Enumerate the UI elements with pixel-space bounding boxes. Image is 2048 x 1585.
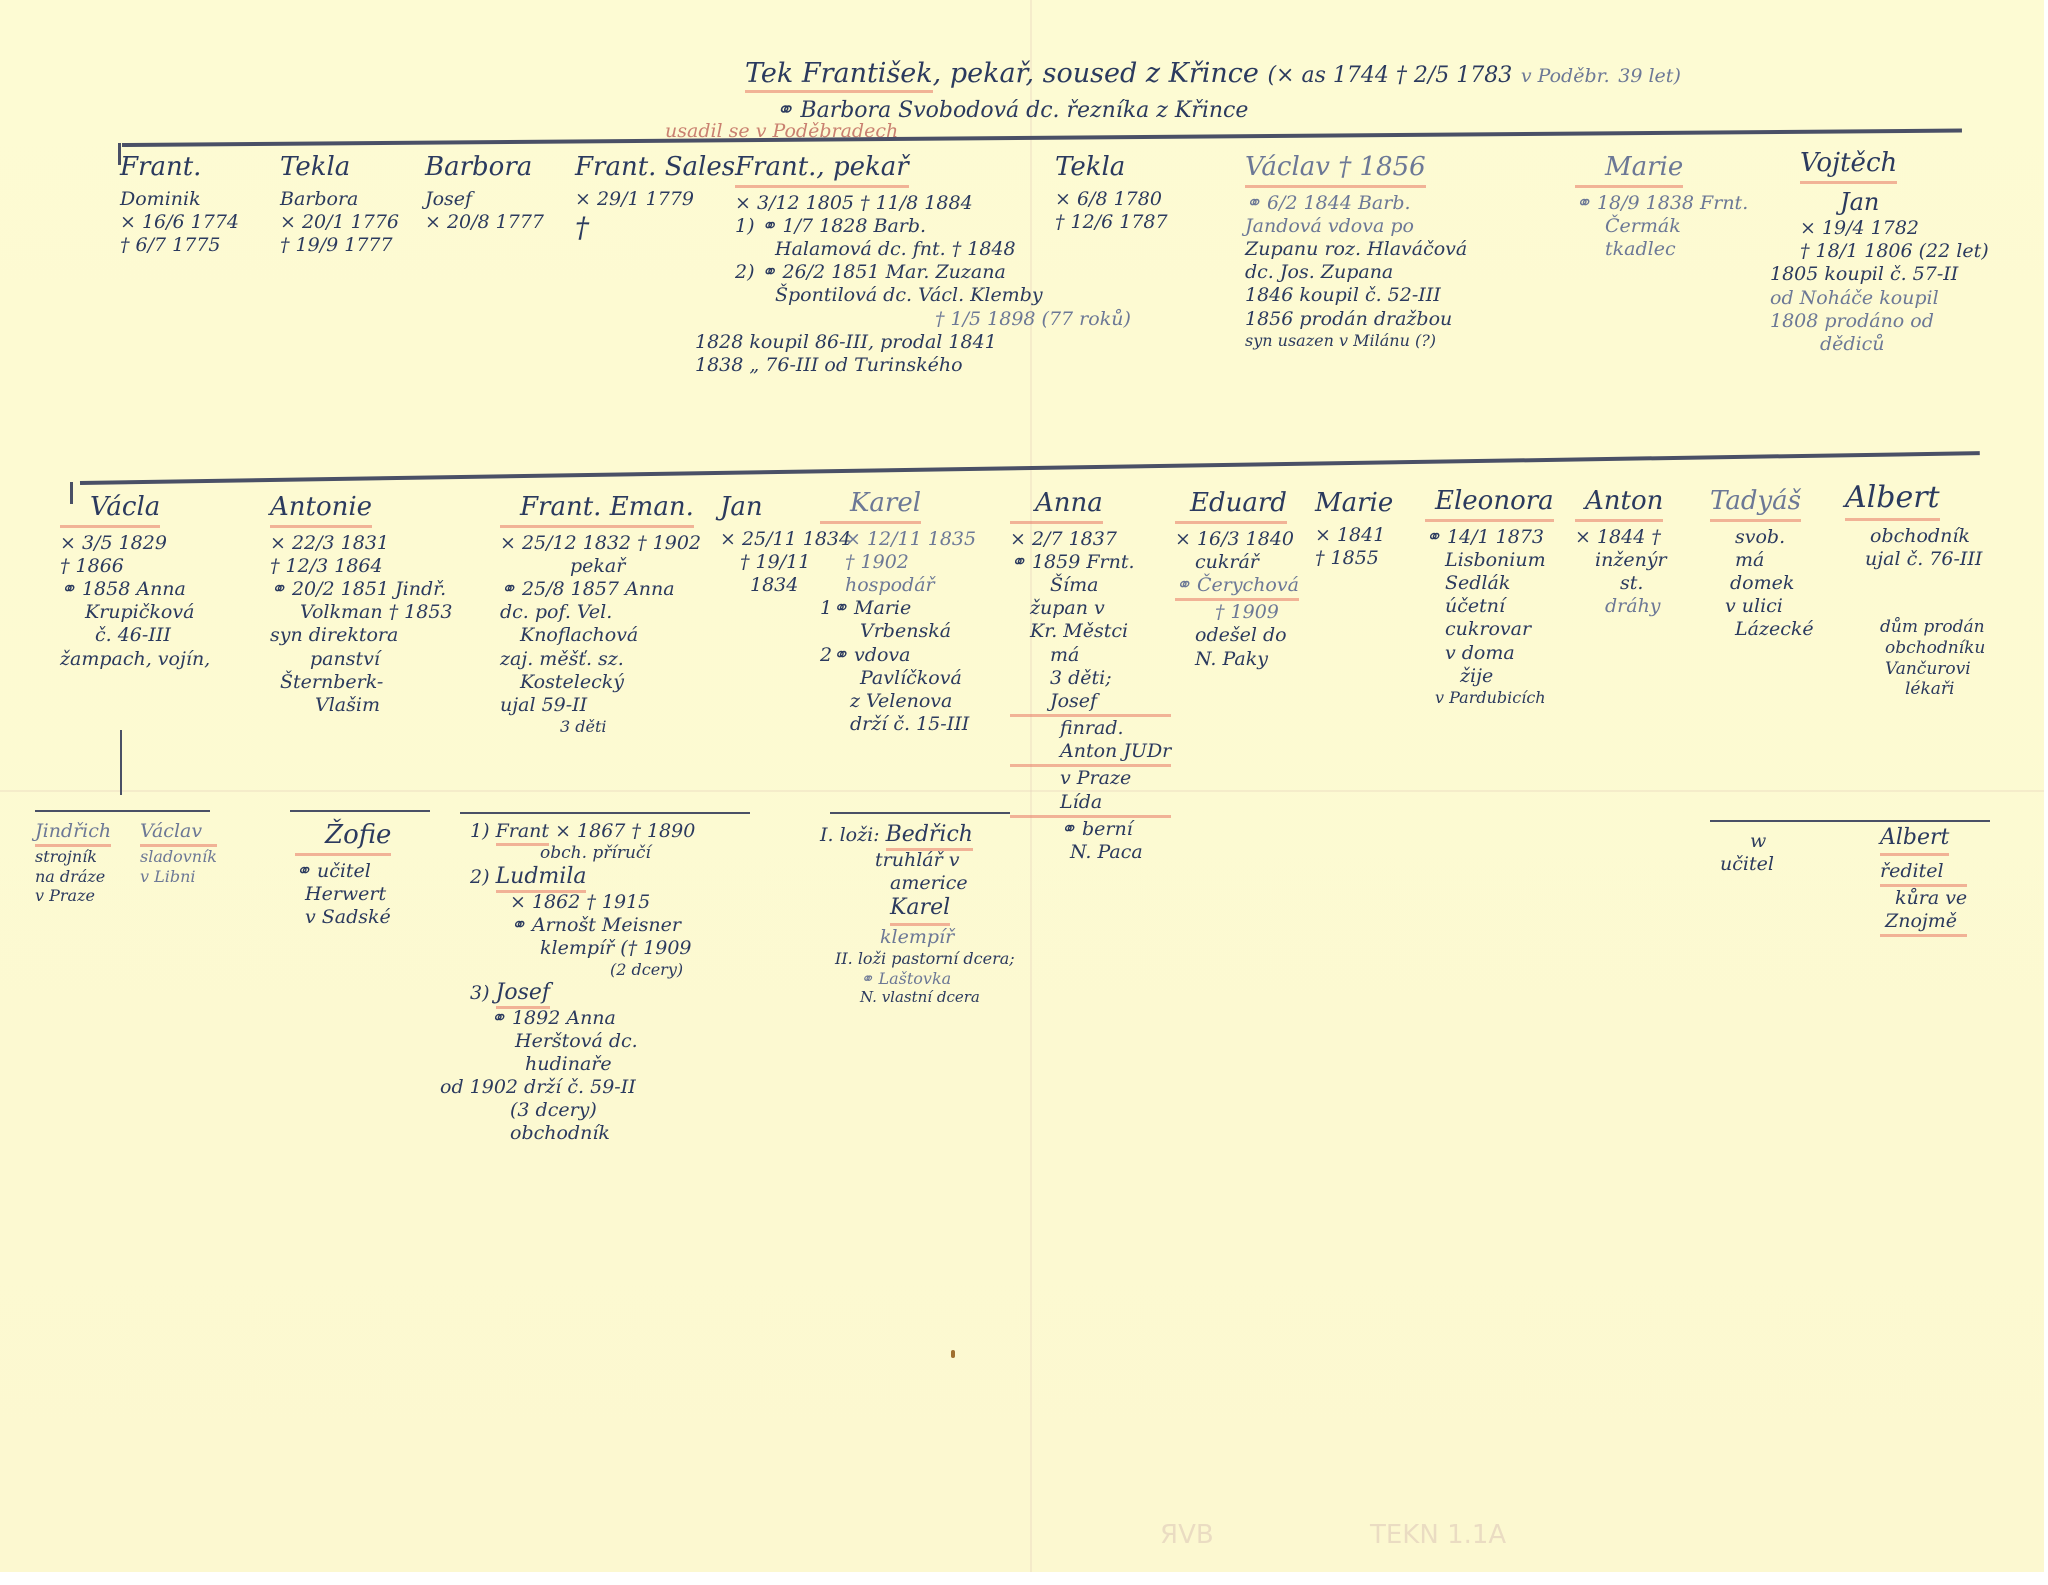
progenitor-place: v Poděbr. [1521,65,1610,87]
vaclav-descent-line [120,730,122,795]
gen3-albert-child-2: Albert ředitel kůra ve Znojmě [1880,825,1967,937]
gen2-person-2: Antonie × 22/3 1831 † 12/3 1864 ⚭ 20/2 1… [270,492,453,717]
paper-stain [951,1350,955,1358]
child-1: 1) Frant × 1867 † 1890 [470,820,695,843]
gen1-person-6: Tekla × 6/8 1780 † 12/6 1787 [1055,152,1168,234]
progenitor-age: 39 let) [1618,65,1681,87]
albert-children-connector [1710,820,1990,822]
gen1-person-9: Vojtěch Jan × 19/4 1782 † 18/1 1806 (22 … [1800,148,1989,356]
child-3: 3) Josef [470,980,695,1007]
gen2-person-1: Václa × 3/5 1829 † 1866 ⚭ 1858 Anna Krup… [60,492,210,671]
gen1-person-1: Frant. Dominik × 16/6 1774 † 6/7 1775 [120,152,239,257]
gen2-person-12: Albert obchodník ujal č. 76-III dům prod… [1845,480,1985,700]
gen2-person-11: Tadyáš svob. má domek v ulici Lázecké [1710,486,1814,642]
child-2: 2) Ludmila [470,864,695,891]
gen1-person-3: Barbora Josef × 20/8 1777 [425,152,544,234]
frant-eman-children-connector [460,812,750,814]
gen3-frant-eman-children: 1) Frant × 1867 † 1890 obch. příručí 2) … [470,820,695,1146]
progenitor-dates: (× as 1744 † 2/5 1783 [1267,63,1512,88]
bleed-through-mark-1: ЯVB [1160,1520,1214,1550]
karel-children-connector [830,812,1010,814]
vaclav-children-connector [35,810,210,812]
gen2-person-3: Frant. Eman. × 25/12 1832 † 1902 pekař ⚭… [500,492,701,737]
bleed-through-mark-2: TEKN 1.1A [1370,1520,1506,1550]
progenitor-name: Tek František [745,58,933,93]
gen1-person-4: Frant. Sales × 29/1 1779 † [575,152,735,245]
gen2-person-5: Karel × 12/11 1835 † 1902 hospodář 1⚭ Ma… [820,488,976,736]
gen2-person-10: Anton × 1844 † inženýr st. dráhy [1575,486,1667,618]
gen3-antonie-child-1: Žofie ⚭ učitel Herwert v Sadské [295,820,391,929]
gen3-karel-children: I. loži: Bedřich truhlář v americe Karel… [820,822,1015,1007]
gen3-vaclav-child-2: Václav sladovník v Libni [140,820,217,886]
progenitor-desc: , pekař, soused z Křince [933,58,1259,89]
gen2-person-7: Eduard × 16/3 1840 cukrář ⚭ Čerychová † … [1175,488,1299,671]
gen3-albert-child-1: w učitel [1720,830,1774,876]
gen2-person-9: Eleonora ⚭ 14/1 1873 Lisbonium Sedlák úč… [1425,486,1554,707]
gen2-person-8: Marie × 1841 † 1855 [1315,488,1393,570]
gen1-person-2: Tekla Barbora × 20/1 1776 † 19/9 1777 [280,152,399,257]
header-line-1: Tek František, pekař, soused z Křince (×… [745,58,1681,90]
gen1-person-7: Václav † 1856 ⚭ 6/2 1844 Barb. Jandová v… [1245,152,1467,350]
antonie-children-connector [290,810,430,812]
gen2-person-6: Anna × 2/7 1837 ⚭ 1859 Frnt. Šíma župan … [1010,488,1171,864]
gen3-vaclav-child-1: Jindřich strojník na dráze v Praze [35,820,111,906]
gen1-person-8: Marie ⚭ 18/9 1838 Frnt. Čermák tkadlec [1575,152,1748,261]
